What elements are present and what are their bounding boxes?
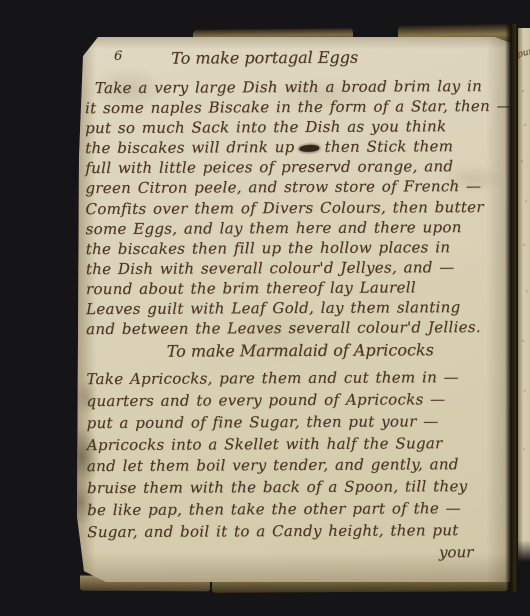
- facing-page-ink-marks: [518, 28, 520, 30]
- manuscript-line: put so much Sack into the Dish as you th…: [85, 116, 497, 138]
- manuscript-line: Take a very large Dish with a broad brim…: [85, 76, 497, 98]
- manuscript-line: Apricocks into a Skellet with half the S…: [87, 433, 499, 457]
- manuscript-line: Sugar, and boil it to a Candy height, th…: [87, 520, 499, 544]
- manuscript-line: and between the Leaves severall colour'd…: [86, 317, 498, 339]
- manuscript-line: the Dish with severall colour'd Jellyes,…: [86, 257, 498, 279]
- manuscript-line: the biscakes then fill up the hollow pla…: [86, 237, 498, 259]
- manuscript-line: Comfits over them of Divers Colours, the…: [85, 196, 497, 218]
- manuscript-line: it some naples Biscake in the form of a …: [85, 96, 497, 118]
- manuscript-line: green Citron peele, and strow store of F…: [85, 176, 497, 198]
- recipe-marmalade-apricocks: To make Marmalaid of Apricocks Take Apri…: [86, 339, 499, 564]
- book-gutter-shadow: [505, 24, 518, 592]
- manuscript-page: 6 To make portagal Eggs Take a very larg…: [76, 37, 512, 582]
- manuscript-line: some Eggs, and lay them here and there u…: [86, 217, 498, 239]
- facing-page-sliver: purl: [518, 28, 530, 590]
- recipe-title: To make Marmalaid of Apricocks: [94, 339, 506, 363]
- manuscript-line: bruise them with the back of a Spoon, ti…: [87, 476, 499, 500]
- manuscript-line: Leaves guilt with Leaf Gold, lay them sl…: [86, 297, 498, 319]
- page-text-block: To make portagal Eggs Take a very large …: [76, 37, 512, 564]
- manuscript-line: and let them boil very tender, and gentl…: [87, 454, 499, 478]
- catchword: your: [87, 542, 499, 564]
- line-text: then Stick them: [325, 137, 454, 156]
- manuscript-line: quarters and to every pound of Apricocks…: [86, 389, 498, 413]
- recipe-title: To make portagal Eggs: [76, 46, 471, 70]
- ink-blot: [300, 145, 320, 152]
- photograph-background: 6 To make portagal Eggs Take a very larg…: [0, 0, 530, 616]
- manuscript-line: round about the brim thereof lay Laurell: [86, 277, 498, 299]
- manuscript-line: full with little peices of preservd oran…: [85, 156, 497, 178]
- manuscript-line: the biscakes will drink upthen Stick the…: [85, 136, 497, 158]
- manuscript-line: put a pound of fine Sugar, then put your…: [87, 411, 499, 435]
- manuscript-line: be like pap, then take the other part of…: [87, 498, 499, 522]
- recipe-portugal-eggs: To make portagal Eggs Take a very large …: [85, 46, 499, 339]
- line-text: the biscakes will drink up: [85, 138, 294, 157]
- facing-page-text-fragment: purl: [516, 46, 530, 60]
- manuscript-line: Take Apricocks, pare them and cut them i…: [86, 367, 498, 391]
